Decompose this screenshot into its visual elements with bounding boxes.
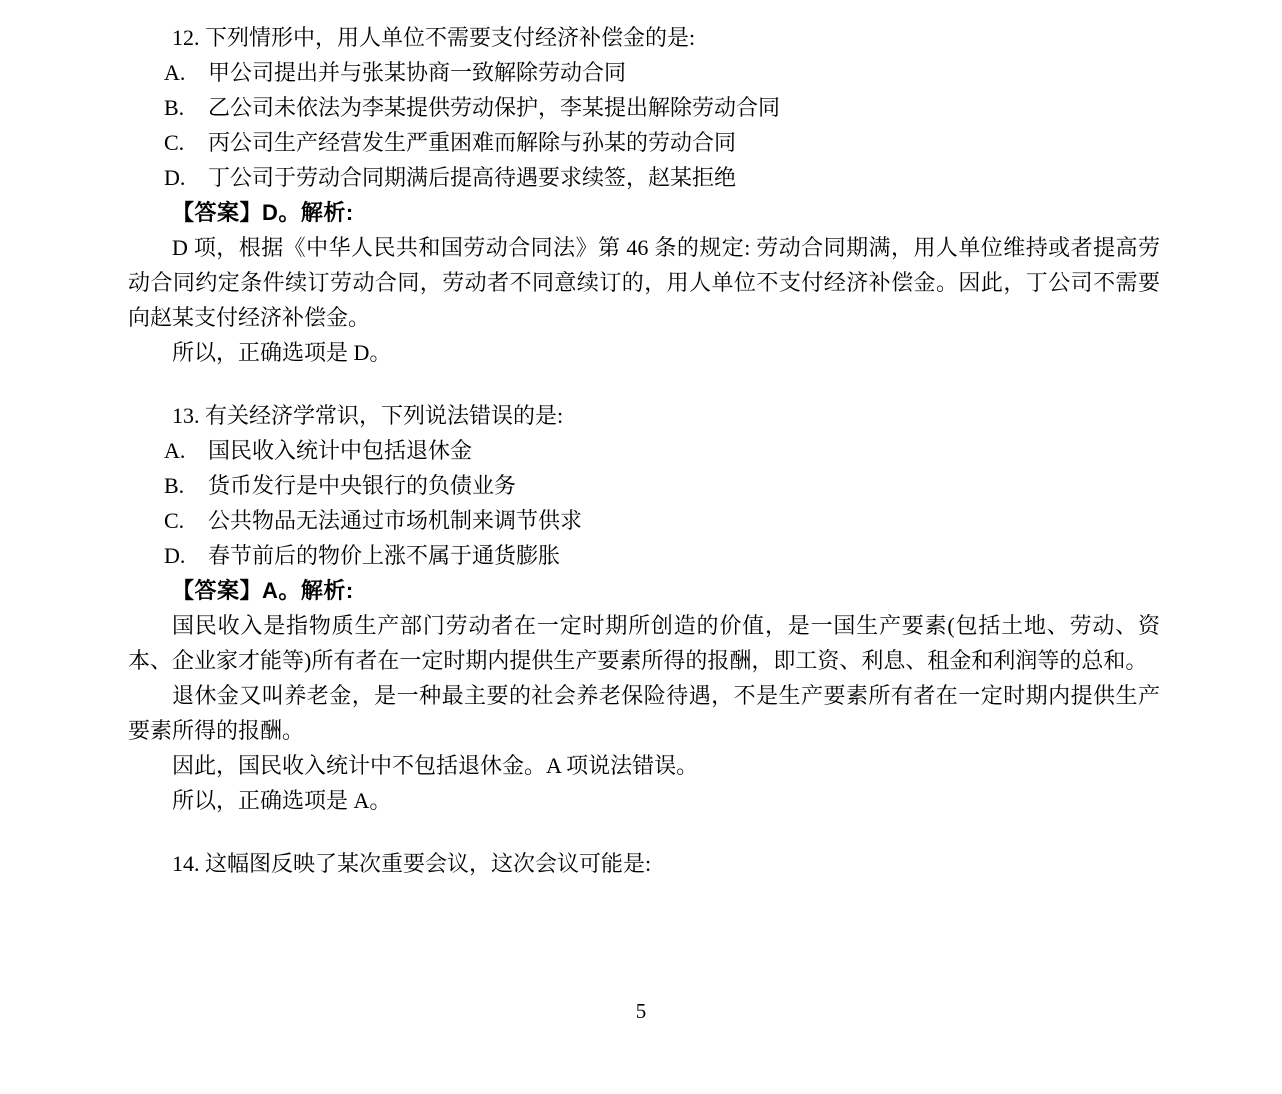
section-gap [128, 370, 1160, 398]
option-text: 货币发行是中央银行的负债业务 [208, 473, 516, 498]
option-label: C. [164, 125, 194, 160]
question-12-option-c: C.丙公司生产经营发生严重困难而解除与孙某的劳动合同 [128, 125, 1160, 160]
question-13-option-c: C.公共物品无法通过市场机制来调节供求 [128, 503, 1160, 538]
option-label: D. [164, 160, 194, 195]
question-13-analysis-paragraph: 因此，国民收入统计中不包括退休金。A 项说法错误。 [128, 748, 1160, 783]
question-13-analysis-paragraph: 退休金又叫养老金，是一种最主要的社会养老保险待遇，不是生产要素所有者在一定时期内… [128, 678, 1160, 748]
question-12-stem: 12. 下列情形中，用人单位不需要支付经济补偿金的是: [128, 20, 1160, 55]
question-12-conclusion: 所以，正确选项是 D。 [128, 335, 1160, 370]
question-13-option-b: B.货币发行是中央银行的负债业务 [128, 468, 1160, 503]
question-13-answer-heading: 【答案】A。解析: [128, 573, 1160, 608]
document-content: 12. 下列情形中，用人单位不需要支付经济补偿金的是: A.甲公司提出并与张某协… [128, 20, 1160, 881]
question-13-analysis-paragraph: 国民收入是指物质生产部门劳动者在一定时期所创造的价值，是一国生产要素(包括土地、… [128, 608, 1160, 678]
question-13-option-a: A.国民收入统计中包括退休金 [128, 433, 1160, 468]
page-number: 5 [0, 996, 1282, 1026]
question-12-option-a: A.甲公司提出并与张某协商一致解除劳动合同 [128, 55, 1160, 90]
option-text: 甲公司提出并与张某协商一致解除劳动合同 [208, 60, 626, 85]
option-text: 公共物品无法通过市场机制来调节供求 [208, 508, 582, 533]
document-page: 12. 下列情形中，用人单位不需要支付经济补偿金的是: A.甲公司提出并与张某协… [0, 0, 1282, 1094]
question-14: 14. 这幅图反映了某次重要会议，这次会议可能是: [128, 846, 1160, 881]
question-12-analysis-paragraph: D 项，根据《中华人民共和国劳动合同法》第 46 条的规定: 劳动合同期满，用人… [128, 230, 1160, 335]
option-label: C. [164, 503, 194, 538]
question-12: 12. 下列情形中，用人单位不需要支付经济补偿金的是: A.甲公司提出并与张某协… [128, 20, 1160, 370]
option-label: A. [164, 55, 194, 90]
option-label: B. [164, 468, 194, 503]
option-text: 丁公司于劳动合同期满后提高待遇要求续签，赵某拒绝 [208, 165, 736, 190]
question-13: 13. 有关经济学常识，下列说法错误的是: A.国民收入统计中包括退休金 B.货… [128, 398, 1160, 818]
question-14-stem: 14. 这幅图反映了某次重要会议，这次会议可能是: [128, 846, 1160, 881]
question-12-answer-heading: 【答案】D。解析: [128, 195, 1160, 230]
question-12-option-b: B.乙公司未依法为李某提供劳动保护，李某提出解除劳动合同 [128, 90, 1160, 125]
question-12-option-d: D.丁公司于劳动合同期满后提高待遇要求续签，赵某拒绝 [128, 160, 1160, 195]
option-text: 国民收入统计中包括退休金 [208, 438, 472, 463]
option-text: 乙公司未依法为李某提供劳动保护，李某提出解除劳动合同 [208, 95, 780, 120]
section-gap [128, 818, 1160, 846]
option-label: A. [164, 433, 194, 468]
option-text: 丙公司生产经营发生严重困难而解除与孙某的劳动合同 [208, 130, 736, 155]
option-label: B. [164, 90, 194, 125]
question-13-conclusion: 所以，正确选项是 A。 [128, 783, 1160, 818]
option-text: 春节前后的物价上涨不属于通货膨胀 [208, 543, 560, 568]
option-label: D. [164, 538, 194, 573]
question-13-option-d: D.春节前后的物价上涨不属于通货膨胀 [128, 538, 1160, 573]
question-13-stem: 13. 有关经济学常识，下列说法错误的是: [128, 398, 1160, 433]
